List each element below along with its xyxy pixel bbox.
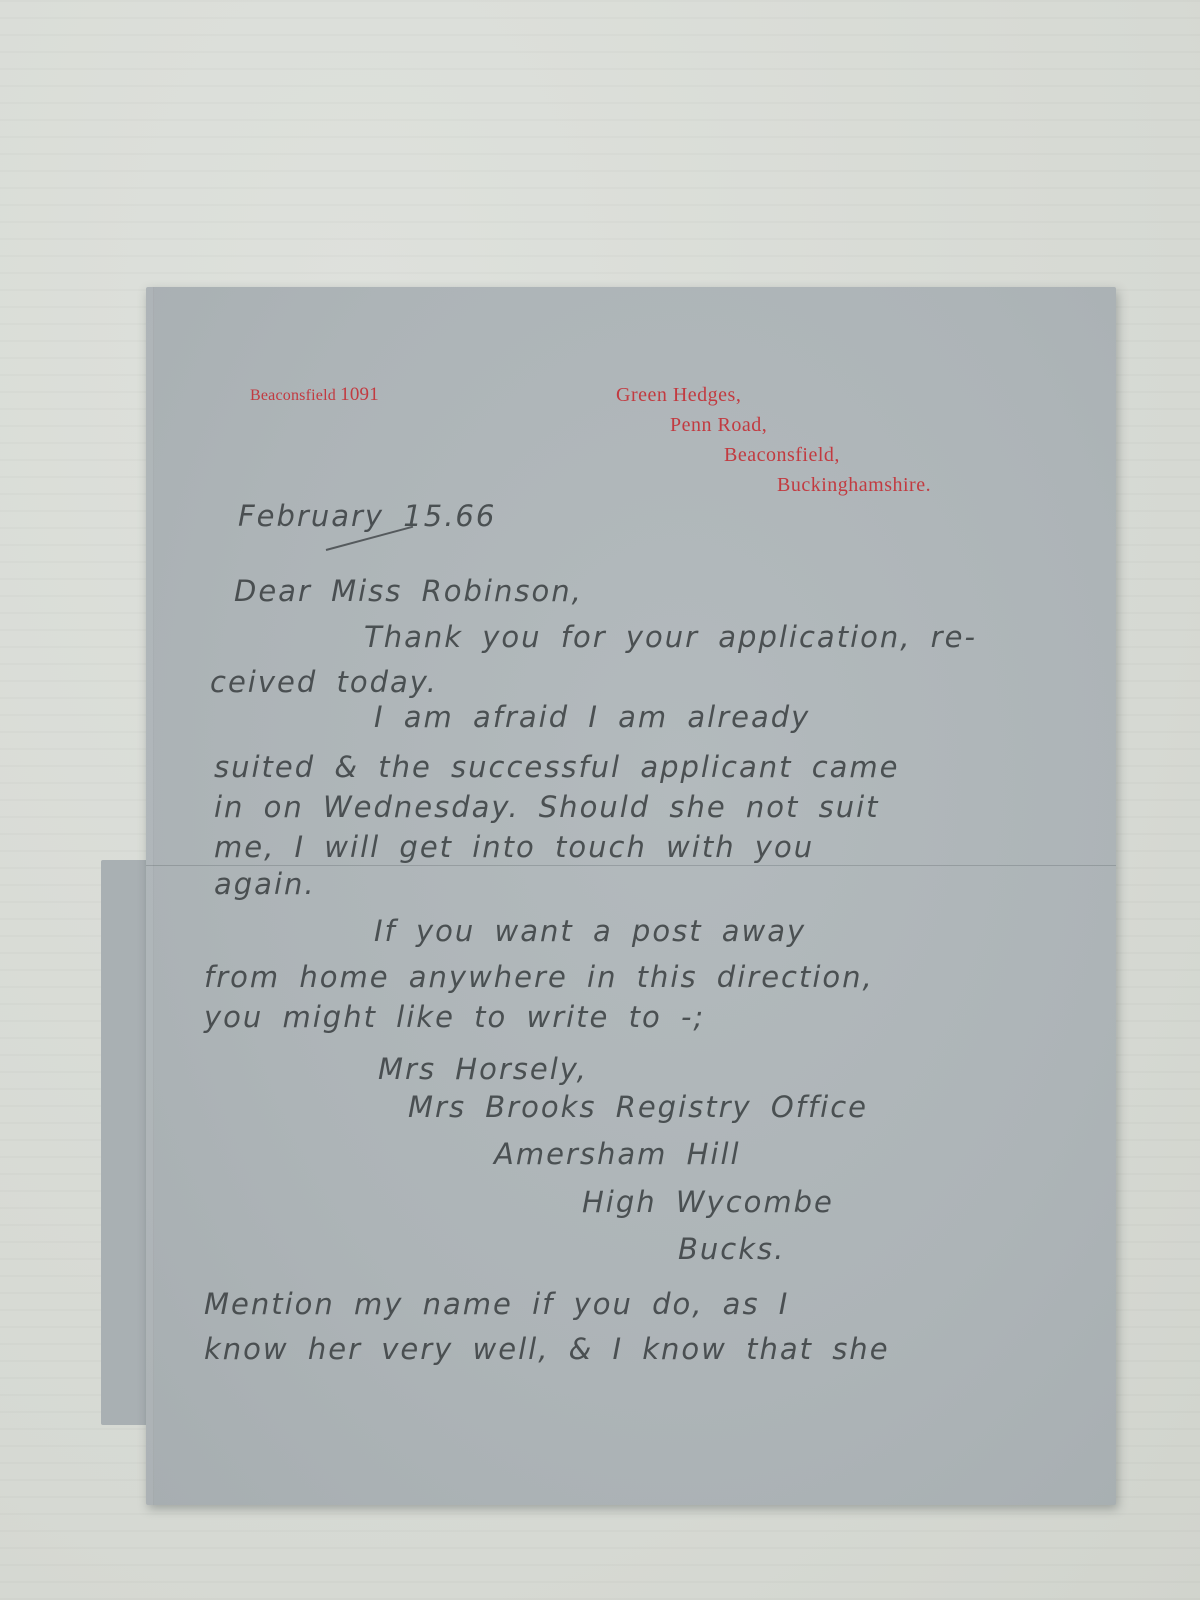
- letterhead-address-county: Buckinghamshire.: [777, 474, 931, 497]
- paragraph-3-line: you might like to write to -;: [204, 1000, 705, 1034]
- closing-line: Mention my name if you do, as I: [204, 1287, 789, 1321]
- referral-address-street: Amersham Hill: [494, 1137, 741, 1171]
- letter-date: February 15.66: [238, 499, 496, 533]
- referral-address-office: Mrs Brooks Registry Office: [408, 1090, 868, 1124]
- paragraph-2-line: me, I will get into touch with you: [214, 830, 814, 864]
- letterhead-phone-number: 1091: [340, 384, 379, 405]
- letterhead-phone: Beaconsfield 1091: [250, 384, 379, 406]
- paragraph-2-line: I am afraid I am already: [374, 700, 810, 734]
- letterhead-phone-exchange: Beaconsfield: [250, 387, 336, 404]
- paragraph-2-line: again.: [214, 867, 316, 901]
- paragraph-2-line: suited & the successful applicant came: [214, 750, 900, 784]
- letterhead-address-town: Beaconsfield,: [724, 444, 840, 467]
- closing-line: know her very well, & I know that she: [204, 1332, 890, 1366]
- paragraph-3-line: If you want a post away: [374, 914, 806, 948]
- paper-edge-strip: [146, 287, 154, 1505]
- letterhead-address-house: Green Hedges,: [616, 384, 741, 407]
- letter-salutation: Dear Miss Robinson,: [234, 574, 583, 608]
- referral-address-town: High Wycombe: [582, 1185, 834, 1219]
- paragraph-3-line: from home anywhere in this direction,: [204, 960, 874, 994]
- paper-fold-line: [146, 865, 1116, 866]
- referral-address-county: Bucks.: [678, 1232, 785, 1266]
- referral-address-name: Mrs Horsely,: [378, 1052, 588, 1086]
- letterhead-address-road: Penn Road,: [670, 414, 767, 437]
- paragraph-1-line: ceived today.: [210, 665, 438, 699]
- paragraph-2-line: in on Wednesday. Should she not suit: [214, 790, 880, 824]
- paragraph-1-line: Thank you for your application, re-: [364, 620, 977, 654]
- letter-sheet: Beaconsfield 1091 Green Hedges, Penn Roa…: [146, 287, 1116, 1505]
